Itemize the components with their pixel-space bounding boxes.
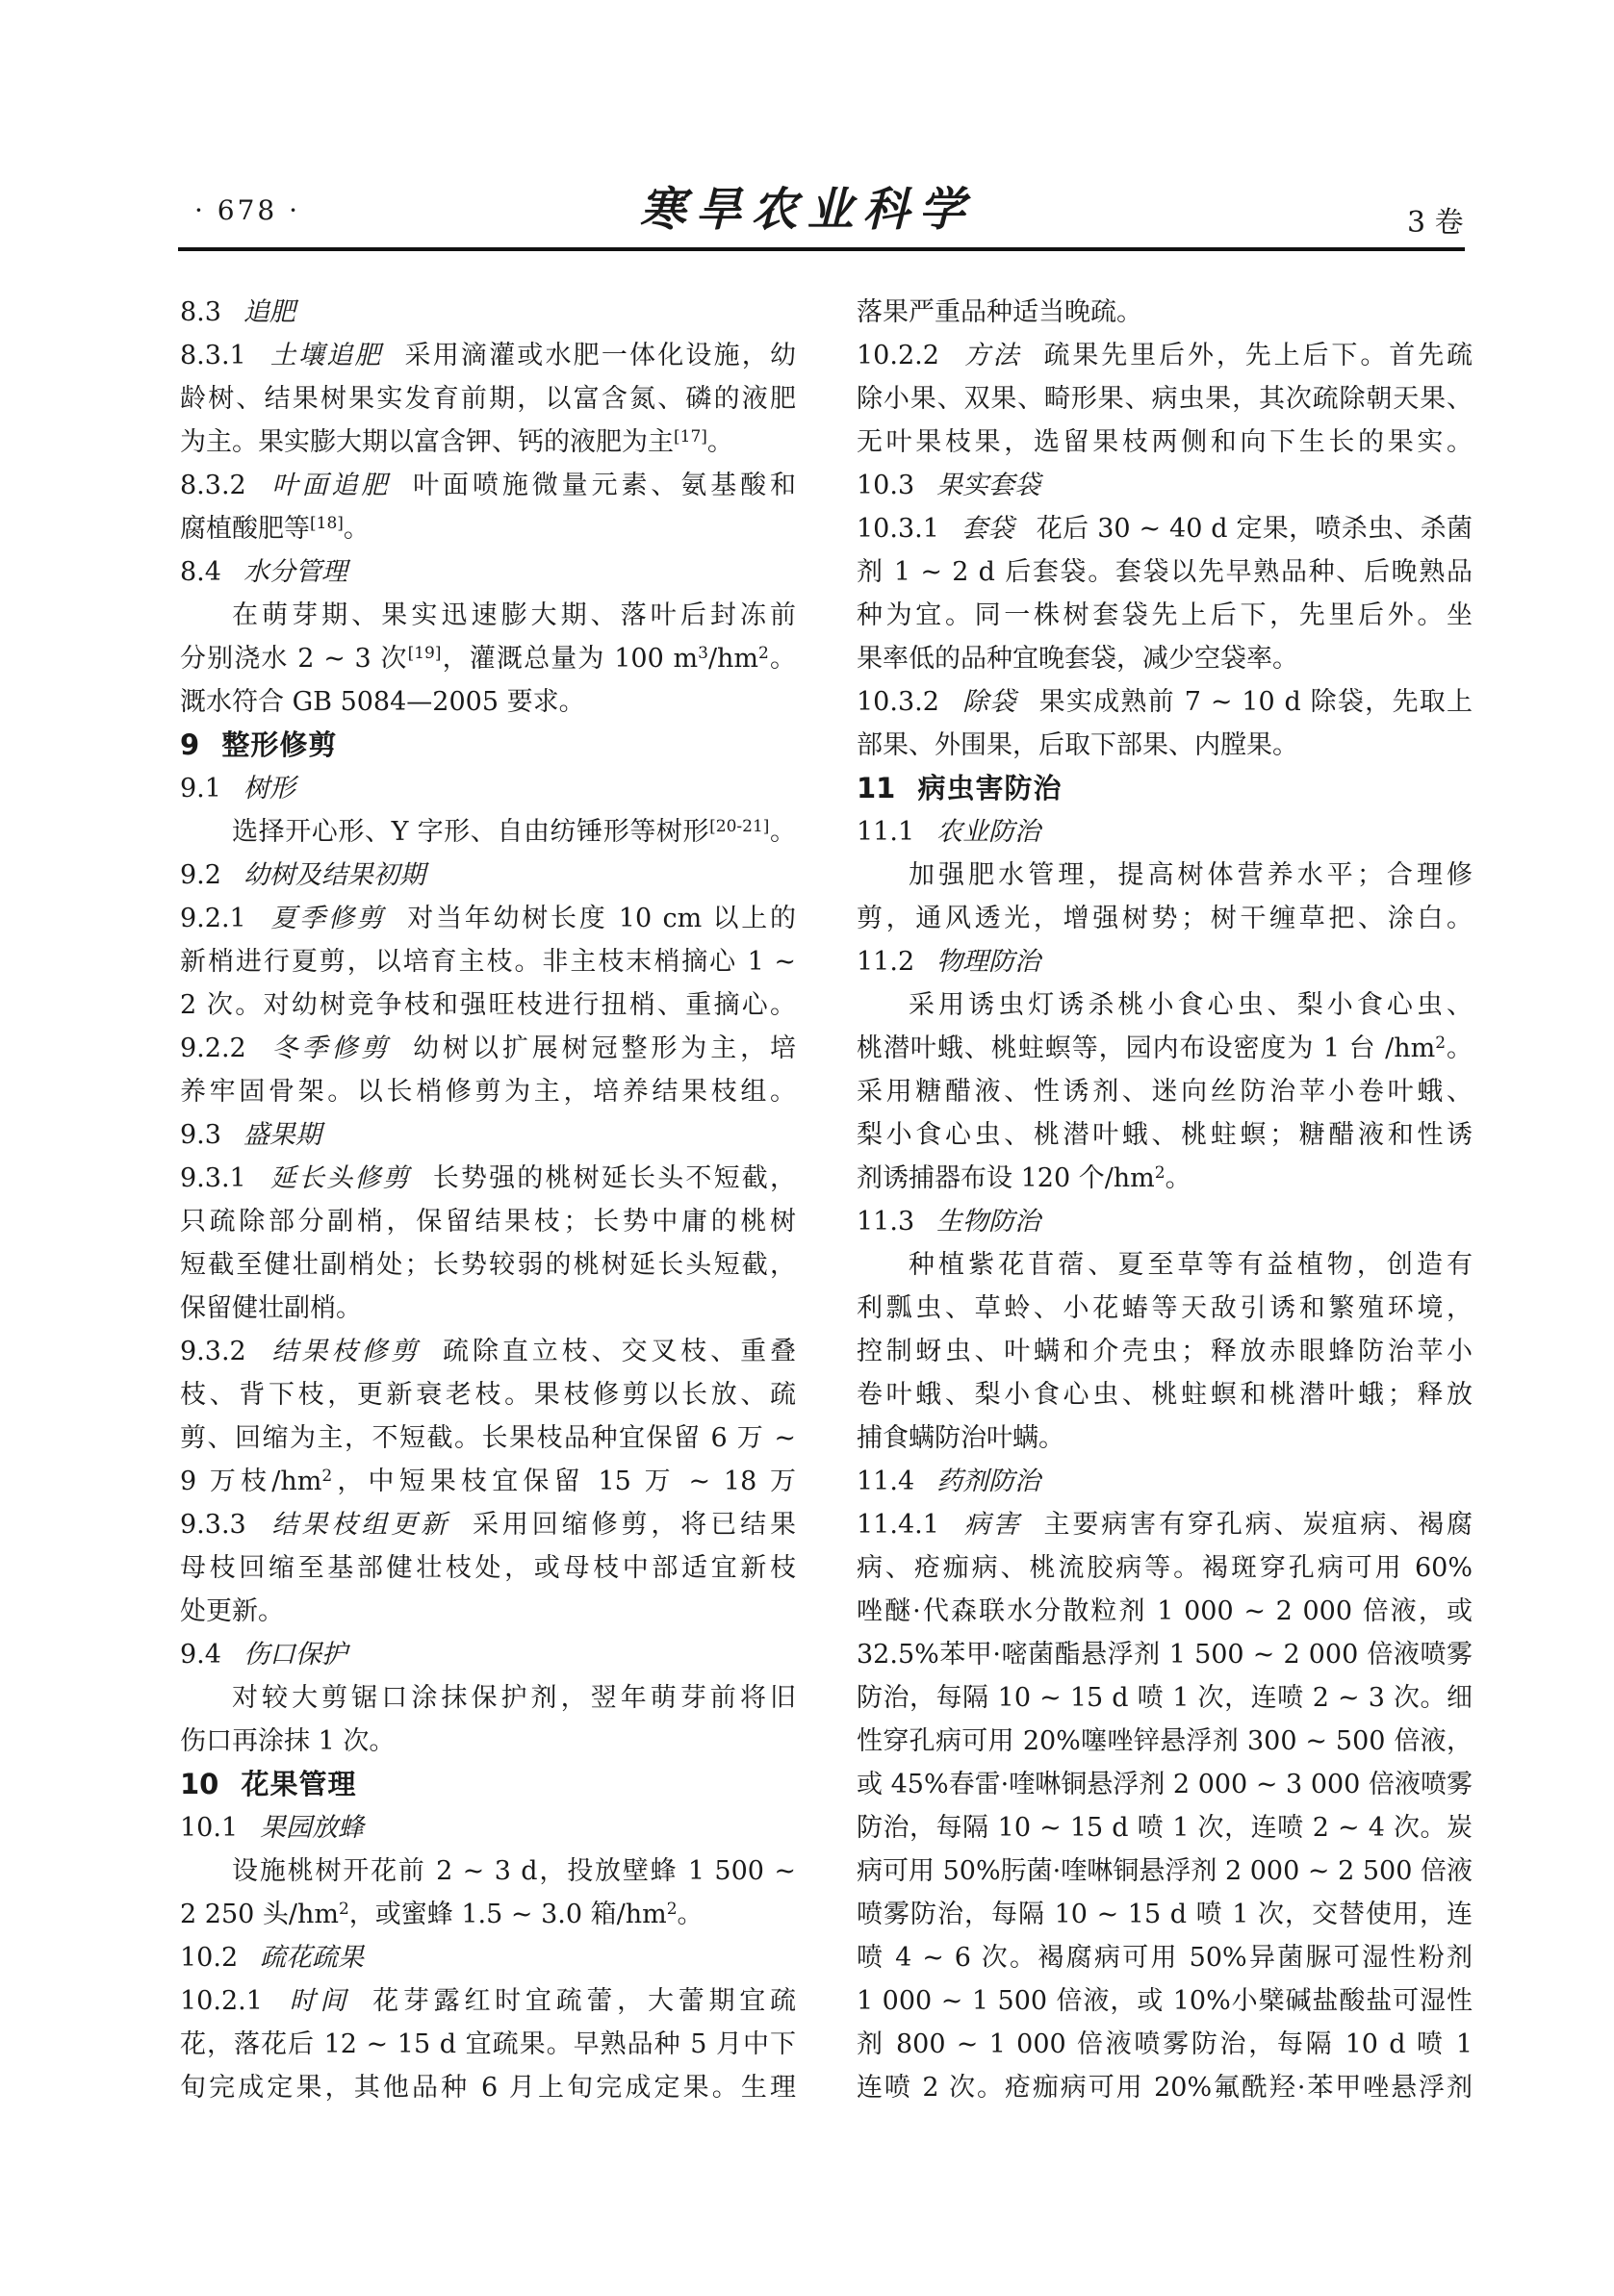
text-line: 捕食螨防治叶螨。 bbox=[857, 1416, 1473, 1460]
subsection-heading: 9.4伤口保护 bbox=[180, 1633, 796, 1676]
section-title: 花果管理 bbox=[242, 1768, 357, 1800]
text-segment: 疏果先里后外，先上后下。首先疏 bbox=[1043, 341, 1473, 370]
clause-number: 11.4 bbox=[857, 1467, 914, 1496]
subsection-heading: 11.1农业防治 bbox=[857, 810, 1473, 854]
text-line: 母枝回缩至基部健壮枝处，或母枝中部适宜新枝 bbox=[180, 1546, 796, 1590]
text-line: 采用糖醋液、性诱剂、迷向丝防治苹小卷叶蛾、 bbox=[857, 1070, 1473, 1113]
clause-title: 延长头修剪 bbox=[269, 1163, 411, 1193]
subsection-heading: 8.4水分管理 bbox=[180, 550, 796, 594]
text-segment: 种植紫花苜蓿、夏至草等有益植物，创造有 bbox=[909, 1250, 1473, 1280]
text-segment: 保留健壮副梢。 bbox=[180, 1293, 362, 1323]
text-segment: 溉水符合 GB 5084—2005 要求。 bbox=[180, 687, 585, 717]
text-line: 病、疮痂病、桃流胶病等。褐斑穿孔病可用 60% bbox=[857, 1546, 1473, 1590]
text-segment: 处更新。 bbox=[180, 1596, 284, 1626]
subsection-heading: 9.2幼树及结果初期 bbox=[180, 854, 796, 897]
superscript-ref: [20-21] bbox=[709, 817, 769, 836]
text-segment: 落果严重品种适当晚疏。 bbox=[857, 297, 1142, 327]
clause-number: 9 bbox=[180, 728, 199, 761]
text-segment: 龄树、结果树果实发育前期，以富含氮、磷的液肥 bbox=[180, 384, 796, 414]
clause-title: 果实套袋 bbox=[936, 471, 1040, 500]
text-segment: 剪、回缩为主，不短截。长果枝品种宜保留 6 万 ~ bbox=[180, 1423, 796, 1453]
text-line: 1 000 ~ 1 500 倍液，或 10%小檗碱盐酸盐可湿性粉 bbox=[857, 1979, 1473, 2023]
text-segment: 1 000 ~ 1 500 倍液，或 10%小檗碱盐酸盐可湿性粉 bbox=[857, 1986, 1473, 2023]
clause-number: 11.3 bbox=[857, 1207, 914, 1237]
text-segment: 种为宜。同一株树套袋先上后下，先里后外。坐 bbox=[857, 600, 1473, 630]
superscript-ref: [17] bbox=[674, 427, 707, 446]
text-line: 在萌芽期、果实迅速膨大期、落叶后封冻前 bbox=[180, 594, 796, 637]
text-segment: 或 45%春雷·喹啉铜悬浮剂 2 000 ~ 3 000 倍液喷雾 bbox=[857, 1770, 1473, 1799]
clause-title: 土壤追肥 bbox=[269, 341, 383, 370]
text-segment: 除小果、双果、畸形果、病虫果，其次疏除朝天果、 bbox=[857, 384, 1473, 414]
subsection-heading: 10.1果园放蜂 bbox=[180, 1806, 796, 1850]
clause-number: 8.3.1 bbox=[180, 341, 246, 370]
clause-title: 药剂防治 bbox=[936, 1467, 1040, 1496]
text-line: 10.2.1时间花芽露红时宜疏蕾，大蕾期宜疏 bbox=[180, 1979, 796, 2023]
clause-number: 10.2.1 bbox=[180, 1986, 263, 2016]
text-segment: 长势强的桃树延长头不短截， bbox=[433, 1163, 796, 1193]
text-line: 剂诱捕器布设 120 个/hm2。 bbox=[857, 1157, 1473, 1200]
subsection-heading: 8.3追肥 bbox=[180, 291, 796, 334]
text-segment: 。 bbox=[344, 514, 370, 544]
clause-number: 9.3.2 bbox=[180, 1337, 246, 1366]
text-line: 防治，每隔 10 ~ 15 d 喷 1 次，连喷 2 ~ 4 次。炭疽 bbox=[857, 1806, 1473, 1850]
text-segment: 养牢固骨架。以长梢修剪为主，培养结果枝组。 bbox=[180, 1077, 796, 1107]
subsection-heading: 11.3生物防治 bbox=[857, 1200, 1473, 1243]
clause-title: 树形 bbox=[243, 774, 295, 804]
subsection-heading: 10.3果实套袋 bbox=[857, 464, 1473, 507]
text-segment: 花后 30 ~ 40 d 定果，喷杀虫、杀菌 bbox=[1037, 514, 1473, 544]
text-segment: 。 bbox=[678, 1900, 704, 1929]
text-line: 伤口再涂抹 1 次。 bbox=[180, 1720, 796, 1763]
text-line: 剂 800 ~ 1 000 倍液喷雾防治，每隔 10 d 喷 1 次， bbox=[857, 2023, 1473, 2066]
text-line: 10.2.2方法疏果先里后外，先上后下。首先疏 bbox=[857, 334, 1473, 377]
clause-number: 10.3 bbox=[857, 471, 914, 500]
text-segment: 性穿孔病可用 20%噻唑锌悬浮剂 300 ~ 500 倍液， bbox=[857, 1726, 1473, 1756]
clause-number: 9.2.1 bbox=[180, 904, 246, 933]
journal-page: · 678 · 寒旱农业科学 3 卷 8.3追肥8.3.1土壤追肥采用滴灌或水肥… bbox=[0, 0, 1614, 2296]
text-line: 剪、回缩为主，不短截。长果枝品种宜保留 6 万 ~ bbox=[180, 1416, 796, 1460]
text-line: 腐植酸肥等[18]。 bbox=[180, 507, 796, 550]
text-segment: 无叶果枝果，选留果枝两侧和向下生长的果实。 bbox=[857, 427, 1473, 457]
text-segment: 2 250 头/hm bbox=[180, 1900, 339, 1929]
clause-title: 生物防治 bbox=[936, 1207, 1040, 1237]
superscript-ref: 2 bbox=[667, 1900, 678, 1919]
text-segment: 分别浇水 2 ~ 3 次 bbox=[180, 644, 408, 674]
text-line: 加强肥水管理，提高树体营养水平；合理修 bbox=[857, 854, 1473, 897]
clause-number: 9.3.1 bbox=[180, 1163, 246, 1193]
text-segment: 果实成熟前 7 ~ 10 d 除袋，先取上 bbox=[1039, 687, 1473, 717]
text-segment: 卷叶蛾、梨小食心虫、桃蛀螟和桃潜叶蛾；释放 bbox=[857, 1380, 1473, 1410]
header-rule bbox=[178, 247, 1465, 251]
superscript-ref: 2 bbox=[339, 1900, 349, 1919]
clause-number: 8.3 bbox=[180, 297, 221, 327]
text-line: 梨小食心虫、桃潜叶蛾、桃蛀螟；糖醋液和性诱 bbox=[857, 1113, 1473, 1157]
text-segment: 喷雾防治，每隔 10 ~ 15 d 喷 1 次，交替使用，连 bbox=[857, 1900, 1473, 1929]
text-segment: 新梢进行夏剪，以培育主枝。非主枝末梢摘心 1 ~ bbox=[180, 947, 796, 977]
clause-title: 物理防治 bbox=[936, 947, 1040, 977]
text-segment: 选择开心形、Y 字形、自由纺锤形等树形 bbox=[232, 817, 709, 847]
clause-title: 水分管理 bbox=[243, 557, 347, 587]
text-segment: 采用滴灌或水肥一体化设施，幼 bbox=[405, 341, 796, 370]
text-segment: 。 bbox=[1446, 1033, 1473, 1063]
text-line: 分别浇水 2 ~ 3 次[19]，灌溉总量为 100 m3/hm2。灌 bbox=[180, 637, 796, 680]
text-line: 剪，通风透光，增强树势；树干缠草把、涂白。 bbox=[857, 897, 1473, 940]
text-line: 溉水符合 GB 5084—2005 要求。 bbox=[180, 680, 796, 724]
clause-number: 9.4 bbox=[180, 1640, 221, 1670]
text-line: 保留健壮副梢。 bbox=[180, 1287, 796, 1330]
text-segment: 捕食螨防治叶螨。 bbox=[857, 1423, 1064, 1453]
clause-number: 10.3.2 bbox=[857, 687, 939, 717]
superscript-ref: 3 bbox=[698, 644, 708, 663]
text-segment: 桃潜叶蛾、桃蛀螟等，园内布设密度为 1 台 /hm bbox=[857, 1033, 1435, 1063]
text-line: 部果、外围果，后取下部果、内膛果。 bbox=[857, 724, 1473, 767]
text-segment: 喷 4 ~ 6 次。褐腐病可用 50%异菌脲可湿性粉剂 bbox=[857, 1943, 1473, 1973]
clause-number: 10.3.1 bbox=[857, 514, 939, 544]
text-line: 短截至健壮副梢处；长势较弱的桃树延长头短截， bbox=[180, 1243, 796, 1287]
text-segment: 连喷 2 次。疮痂病可用 20%氟酰羟·苯甲唑悬浮剂 bbox=[857, 2073, 1473, 2103]
text-line: 处更新。 bbox=[180, 1590, 796, 1633]
text-line: 2 次。对幼树竞争枝和强旺枝进行扭梢、重摘心。 bbox=[180, 983, 796, 1027]
clause-number: 10 bbox=[180, 1768, 218, 1800]
clause-number: 10.2.2 bbox=[857, 341, 939, 370]
section-heading: 10花果管理 bbox=[180, 1763, 796, 1806]
text-segment: 剪，通风透光，增强树势；树干缠草把、涂白。 bbox=[857, 904, 1473, 933]
text-line: 2 250 头/hm2，或蜜蜂 1.5 ~ 3.0 箱/hm2。 bbox=[180, 1893, 796, 1936]
text-line: 防治，每隔 10 ~ 15 d 喷 1 次，连喷 2 ~ 3 次。细菌 bbox=[857, 1676, 1473, 1720]
text-segment: /hm bbox=[708, 644, 758, 674]
text-line: 对较大剪锯口涂抹保护剂，翌年萌芽前将旧 bbox=[180, 1676, 796, 1720]
text-segment: 果率低的品种宜晚套袋，减少空袋率。 bbox=[857, 644, 1298, 674]
text-line: 9.3.1延长头修剪长势强的桃树延长头不短截， bbox=[180, 1157, 796, 1200]
clause-title: 时间 bbox=[285, 1986, 350, 2016]
text-line: 落果严重品种适当晚疏。 bbox=[857, 291, 1473, 334]
clause-title: 冬季修剪 bbox=[269, 1033, 392, 1063]
clause-title: 除袋 bbox=[961, 687, 1017, 717]
section-heading: 9整形修剪 bbox=[180, 724, 796, 767]
superscript-ref: [19] bbox=[408, 644, 442, 663]
clause-number: 11.1 bbox=[857, 817, 914, 847]
text-segment: 花芽露红时宜疏蕾，大蕾期宜疏 bbox=[372, 1986, 796, 2016]
clause-title: 盛果期 bbox=[243, 1120, 321, 1150]
text-segment: 花，落花后 12 ~ 15 d 宜疏果。早熟品种 5 月中下 bbox=[180, 2029, 796, 2059]
superscript-ref: [18] bbox=[310, 514, 344, 533]
volume-label: 3 卷 bbox=[1407, 198, 1464, 241]
text-segment: 采用诱虫灯诱杀桃小食心虫、梨小食心虫、 bbox=[909, 990, 1473, 1020]
text-segment: 母枝回缩至基部健壮枝处，或母枝中部适宜新枝 bbox=[180, 1553, 796, 1583]
clause-title: 农业防治 bbox=[936, 817, 1040, 847]
text-line: 新梢进行夏剪，以培育主枝。非主枝末梢摘心 1 ~ bbox=[180, 940, 796, 983]
column-left: 8.3追肥8.3.1土壤追肥采用滴灌或水肥一体化设施，幼龄树、结果树果实发育前期… bbox=[180, 291, 796, 2109]
section-heading: 11病虫害防治 bbox=[857, 767, 1473, 810]
clause-number: 11.2 bbox=[857, 947, 914, 977]
clause-title: 追肥 bbox=[243, 297, 295, 327]
text-segment: 短截至健壮副梢处；长势较弱的桃树延长头短截， bbox=[180, 1250, 796, 1280]
section-title: 整形修剪 bbox=[221, 728, 337, 761]
text-line: 喷 4 ~ 6 次。褐腐病可用 50%异菌脲可湿性粉剂 bbox=[857, 1936, 1473, 1979]
clause-title: 叶面追肥 bbox=[269, 471, 392, 500]
text-segment: 设施桃树开花前 2 ~ 3 d，投放壁蜂 1 500 ~ bbox=[232, 1856, 796, 1886]
text-line: 8.3.2叶面追肥叶面喷施微量元素、氨基酸和 bbox=[180, 464, 796, 507]
text-line: 9.2.1夏季修剪对当年幼树长度 10 cm 以上的 bbox=[180, 897, 796, 940]
text-line: 桃潜叶蛾、桃蛀螟等，园内布设密度为 1 台 /hm2。 bbox=[857, 1027, 1473, 1070]
text-segment: 枝、背下枝，更新衰老枝。果枝修剪以长放、疏 bbox=[180, 1380, 796, 1410]
clause-title: 疏花疏果 bbox=[260, 1943, 364, 1973]
text-segment: 剂诱捕器布设 120 个/hm bbox=[857, 1163, 1155, 1193]
text-line: 性穿孔病可用 20%噻唑锌悬浮剂 300 ~ 500 倍液， bbox=[857, 1720, 1473, 1763]
text-line: 为主。果实膨大期以富含钾、钙的液肥为主[17]。 bbox=[180, 421, 796, 464]
column-right: 落果严重品种适当晚疏。10.2.2方法疏果先里后外，先上后下。首先疏除小果、双果… bbox=[857, 291, 1473, 2109]
text-segment: 剂 800 ~ 1 000 倍液喷雾防治，每隔 10 d 喷 1 次， bbox=[857, 2029, 1473, 2066]
text-segment: 只疏除部分副梢，保留结果枝；长势中庸的桃树 bbox=[180, 1207, 796, 1237]
clause-number: 9.2 bbox=[180, 860, 221, 890]
superscript-ref: 2 bbox=[1435, 1033, 1446, 1053]
text-line: 卷叶蛾、梨小食心虫、桃蛀螟和桃潜叶蛾；释放 bbox=[857, 1373, 1473, 1416]
text-line: 花，落花后 12 ~ 15 d 宜疏果。早熟品种 5 月中下 bbox=[180, 2023, 796, 2066]
clause-number: 9.3 bbox=[180, 1120, 221, 1150]
text-segment: 9 万枝/hm bbox=[180, 1467, 321, 1496]
text-line: 10.3.1套袋花后 30 ~ 40 d 定果，喷杀虫、杀菌 bbox=[857, 507, 1473, 550]
text-line: 喷雾防治，每隔 10 ~ 15 d 喷 1 次，交替使用，连 bbox=[857, 1893, 1473, 1936]
text-line: 9.3.3结果枝组更新采用回缩修剪，将已结果 bbox=[180, 1503, 796, 1546]
clause-number: 9.1 bbox=[180, 774, 221, 804]
text-segment: 采用糖醋液、性诱剂、迷向丝防治苹小卷叶蛾、 bbox=[857, 1077, 1473, 1107]
subsection-heading: 9.1树形 bbox=[180, 767, 796, 810]
text-segment: 。 bbox=[769, 817, 796, 847]
superscript-ref: 2 bbox=[758, 644, 769, 663]
text-segment: ，或蜜蜂 1.5 ~ 3.0 箱/hm bbox=[349, 1900, 667, 1929]
text-segment: 唑醚·代森联水分散粒剂 1 000 ~ 2 000 倍液，或 bbox=[857, 1596, 1473, 1626]
clause-number: 11 bbox=[857, 772, 895, 804]
text-line: 11.4.1病害主要病害有穿孔病、炭疽病、褐腐 bbox=[857, 1503, 1473, 1546]
text-segment: 伤口再涂抹 1 次。 bbox=[180, 1726, 395, 1756]
text-line: 病可用 50%肟菌·喹啉铜悬浮剂 2 000 ~ 2 500 倍液 bbox=[857, 1850, 1473, 1893]
clause-title: 夏季修剪 bbox=[269, 904, 386, 933]
clause-number: 10.1 bbox=[180, 1813, 238, 1843]
text-segment: 在萌芽期、果实迅速膨大期、落叶后封冻前 bbox=[232, 600, 796, 630]
text-line: 果率低的品种宜晚套袋，减少空袋率。 bbox=[857, 637, 1473, 680]
text-line: 唑醚·代森联水分散粒剂 1 000 ~ 2 000 倍液，或 bbox=[857, 1590, 1473, 1633]
text-segment: 疏除直立枝、交叉枝、重叠 bbox=[443, 1337, 796, 1366]
text-segment: 叶面喷施微量元素、氨基酸和 bbox=[413, 471, 796, 500]
text-line: 利瓢虫、草蛉、小花蝽等天敌引诱和繁殖环境， bbox=[857, 1287, 1473, 1330]
text-line: 采用诱虫灯诱杀桃小食心虫、梨小食心虫、 bbox=[857, 983, 1473, 1027]
superscript-ref: 2 bbox=[321, 1467, 332, 1486]
text-segment: 加强肥水管理，提高树体营养水平；合理修 bbox=[909, 860, 1473, 890]
clause-number: 11.4.1 bbox=[857, 1510, 939, 1540]
text-line: 无叶果枝果，选留果枝两侧和向下生长的果实。 bbox=[857, 421, 1473, 464]
superscript-ref: 2 bbox=[1155, 1163, 1166, 1183]
text-segment: 病、疮痂病、桃流胶病等。褐斑穿孔病可用 60% bbox=[857, 1553, 1473, 1583]
clause-title: 方法 bbox=[961, 341, 1022, 370]
text-segment: 32.5%苯甲·嘧菌酯悬浮剂 1 500 ~ 2 000 倍液喷雾 bbox=[857, 1640, 1473, 1670]
text-segment: 梨小食心虫、桃潜叶蛾、桃蛀螟；糖醋液和性诱 bbox=[857, 1120, 1473, 1150]
text-segment: 部果、外围果，后取下部果、内膛果。 bbox=[857, 730, 1298, 760]
text-line: 种为宜。同一株树套袋先上后下，先里后外。坐 bbox=[857, 594, 1473, 637]
clause-number: 8.4 bbox=[180, 557, 221, 587]
clause-title: 病害 bbox=[961, 1510, 1022, 1540]
journal-logo: 寒旱农业科学 bbox=[0, 185, 1614, 235]
text-line: 9.2.2冬季修剪幼树以扩展树冠整形为主，培 bbox=[180, 1027, 796, 1070]
text-segment: 。 bbox=[707, 427, 733, 457]
subsection-heading: 11.4药剂防治 bbox=[857, 1460, 1473, 1503]
text-line: 除小果、双果、畸形果、病虫果，其次疏除朝天果、 bbox=[857, 377, 1473, 421]
text-segment: 对较大剪锯口涂抹保护剂，翌年萌芽前将旧 bbox=[232, 1683, 796, 1713]
subsection-heading: 9.3盛果期 bbox=[180, 1113, 796, 1157]
subsection-heading: 10.2疏花疏果 bbox=[180, 1936, 796, 1979]
clause-title: 套袋 bbox=[961, 514, 1014, 544]
text-segment: 剂 1 ~ 2 d 后套袋。套袋以先早熟品种、后晚熟品 bbox=[857, 557, 1473, 587]
text-segment: 控制蚜虫、叶螨和介壳虫；释放赤眼蜂防治苹小 bbox=[857, 1337, 1473, 1366]
clause-title: 结果枝修剪 bbox=[269, 1337, 421, 1366]
section-title: 病虫害防治 bbox=[918, 772, 1063, 804]
text-line: 选择开心形、Y 字形、自由纺锤形等树形[20-21]。 bbox=[180, 810, 796, 854]
text-line: 8.3.1土壤追肥采用滴灌或水肥一体化设施，幼 bbox=[180, 334, 796, 377]
text-line: 或 45%春雷·喹啉铜悬浮剂 2 000 ~ 3 000 倍液喷雾 bbox=[857, 1763, 1473, 1806]
clause-title: 幼树及结果初期 bbox=[243, 860, 425, 890]
text-segment: 防治，每隔 10 ~ 15 d 喷 1 次，连喷 2 ~ 3 次。细菌 bbox=[857, 1683, 1473, 1720]
clause-number: 10.2 bbox=[180, 1943, 238, 1973]
text-line: 旬完成定果，其他品种 6 月上旬完成定果。生理 bbox=[180, 2066, 796, 2109]
text-segment: 利瓢虫、草蛉、小花蝽等天敌引诱和繁殖环境， bbox=[857, 1293, 1473, 1323]
clause-title: 结果枝组更新 bbox=[269, 1510, 450, 1540]
text-segment: 幼树以扩展树冠整形为主，培 bbox=[413, 1033, 796, 1063]
text-line: 9.3.2结果枝修剪疏除直立枝、交叉枝、重叠 bbox=[180, 1330, 796, 1373]
text-segment: 旬完成定果，其他品种 6 月上旬完成定果。生理 bbox=[180, 2073, 796, 2103]
text-line: 养牢固骨架。以长梢修剪为主，培养结果枝组。 bbox=[180, 1070, 796, 1113]
clause-title: 果园放蜂 bbox=[260, 1813, 364, 1843]
text-segment: 对当年幼树长度 10 cm 以上的 bbox=[407, 904, 796, 933]
text-line: 枝、背下枝，更新衰老枝。果枝修剪以长放、疏 bbox=[180, 1373, 796, 1416]
text-segment: 防治，每隔 10 ~ 15 d 喷 1 次，连喷 2 ~ 4 次。炭疽 bbox=[857, 1813, 1473, 1850]
clause-title: 伤口保护 bbox=[243, 1640, 347, 1670]
text-line: 控制蚜虫、叶螨和介壳虫；释放赤眼蜂防治苹小 bbox=[857, 1330, 1473, 1373]
text-line: 种植紫花苜蓿、夏至草等有益植物，创造有 bbox=[857, 1243, 1473, 1287]
text-segment: 腐植酸肥等 bbox=[180, 514, 310, 544]
text-line: 32.5%苯甲·嘧菌酯悬浮剂 1 500 ~ 2 000 倍液喷雾 bbox=[857, 1633, 1473, 1676]
text-segment: 主要病害有穿孔病、炭疽病、褐腐 bbox=[1043, 1510, 1473, 1540]
text-line: 9 万枝/hm2，中短果枝宜保留 15 万 ~ 18 万枝/hm2。 bbox=[180, 1460, 796, 1503]
text-segment: 病可用 50%肟菌·喹啉铜悬浮剂 2 000 ~ 2 500 倍液 bbox=[857, 1856, 1473, 1886]
text-line: 连喷 2 次。疮痂病可用 20%氟酰羟·苯甲唑悬浮剂 bbox=[857, 2066, 1473, 2109]
text-segment: 为主。果实膨大期以富含钾、钙的液肥为主 bbox=[180, 427, 674, 457]
text-line: 10.3.2除袋果实成熟前 7 ~ 10 d 除袋，先取上 bbox=[857, 680, 1473, 724]
text-segment: 2 次。对幼树竞争枝和强旺枝进行扭梢、重摘心。 bbox=[180, 990, 796, 1020]
text-line: 只疏除部分副梢，保留结果枝；长势中庸的桃树 bbox=[180, 1200, 796, 1243]
clause-number: 9.3.3 bbox=[180, 1510, 246, 1540]
text-segment: ，灌溉总量为 100 m bbox=[442, 644, 699, 674]
text-line: 设施桃树开花前 2 ~ 3 d，投放壁蜂 1 500 ~ bbox=[180, 1850, 796, 1893]
text-segment: 。 bbox=[1166, 1163, 1191, 1193]
clause-number: 8.3.2 bbox=[180, 471, 246, 500]
text-line: 剂 1 ~ 2 d 后套袋。套袋以先早熟品种、后晚熟品 bbox=[857, 550, 1473, 594]
text-segment: 采用回缩修剪，将已结果 bbox=[473, 1510, 796, 1540]
clause-number: 9.2.2 bbox=[180, 1033, 246, 1063]
text-line: 龄树、结果树果实发育前期，以富含氮、磷的液肥 bbox=[180, 377, 796, 421]
subsection-heading: 11.2物理防治 bbox=[857, 940, 1473, 983]
